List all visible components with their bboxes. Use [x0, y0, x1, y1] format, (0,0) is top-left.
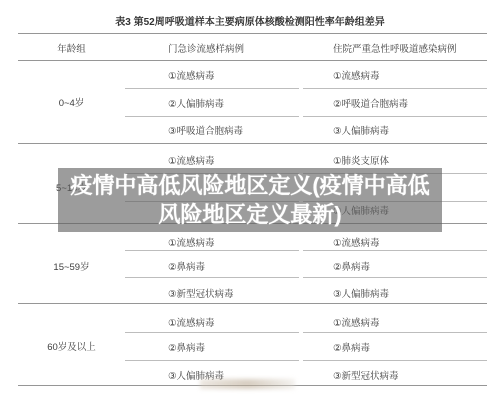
- inpatient-item: ①流感病毒: [333, 235, 380, 249]
- outpatient-item: ①流感病毒: [168, 68, 215, 82]
- ad-overlay-text-line1: 疫情中高低风险地区定义(疫情中高低: [70, 171, 429, 200]
- outpatient-item: ③新型冠状病毒: [168, 286, 234, 300]
- outpatient-item: ①流感病毒: [168, 235, 215, 249]
- age-group-label: 60岁及以上: [18, 339, 125, 353]
- column-header-inpatient: 住院严重急性呼吸道感染病例: [333, 41, 457, 55]
- column-header-outpatient: 门急诊流感样病例: [168, 41, 244, 55]
- item-divider: [125, 116, 487, 117]
- report-table-page: 表3 第52周呼吸道样本主要病原体核酸检测阳性率年龄组差异 年龄组 门急诊流感样…: [0, 0, 500, 402]
- watermark-smudge: [200, 379, 295, 389]
- item-divider: [125, 250, 487, 251]
- age-group-label: 0~4岁: [18, 95, 125, 109]
- column-header-age-group: 年龄组: [18, 41, 125, 55]
- outpatient-item: ②人偏肺病毒: [168, 96, 224, 110]
- outpatient-item: ③呼吸道合胞病毒: [168, 123, 243, 137]
- age-group-label: 15~59岁: [18, 259, 125, 273]
- inpatient-item: ①肺炎支原体: [333, 153, 389, 167]
- ad-overlay-text-line2: 风险地区定义最新): [158, 200, 341, 229]
- inpatient-item: ②鼻病毒: [333, 259, 370, 273]
- outpatient-item: ①流感病毒: [168, 153, 215, 167]
- divider-group1-bottom: [18, 143, 487, 144]
- divider-top: [18, 33, 487, 34]
- table-title: 表3 第52周呼吸道样本主要病原体核酸检测阳性率年龄组差异: [0, 13, 500, 28]
- item-divider: [125, 360, 487, 361]
- inpatient-item: ②呼吸道合胞病毒: [333, 96, 408, 110]
- divider-header-bottom: [18, 60, 487, 61]
- outpatient-item: ②鼻病毒: [168, 340, 205, 354]
- inpatient-item: ③人偏肺病毒: [333, 123, 389, 137]
- divider-group3-bottom: [18, 303, 487, 304]
- inpatient-item: ③人偏肺病毒: [333, 286, 389, 300]
- item-divider: [125, 332, 487, 333]
- inpatient-item: ③新型冠状病毒: [333, 368, 399, 382]
- inpatient-item: ①流感病毒: [333, 315, 380, 329]
- outpatient-item: ①流感病毒: [168, 315, 215, 329]
- outpatient-item: ②鼻病毒: [168, 259, 205, 273]
- item-divider: [125, 277, 487, 278]
- inpatient-item: ①流感病毒: [333, 68, 380, 82]
- ad-overlay-banner[interactable]: 疫情中高低风险地区定义(疫情中高低 风险地区定义最新): [58, 168, 442, 232]
- item-divider: [125, 88, 487, 89]
- inpatient-item: ②鼻病毒: [333, 340, 370, 354]
